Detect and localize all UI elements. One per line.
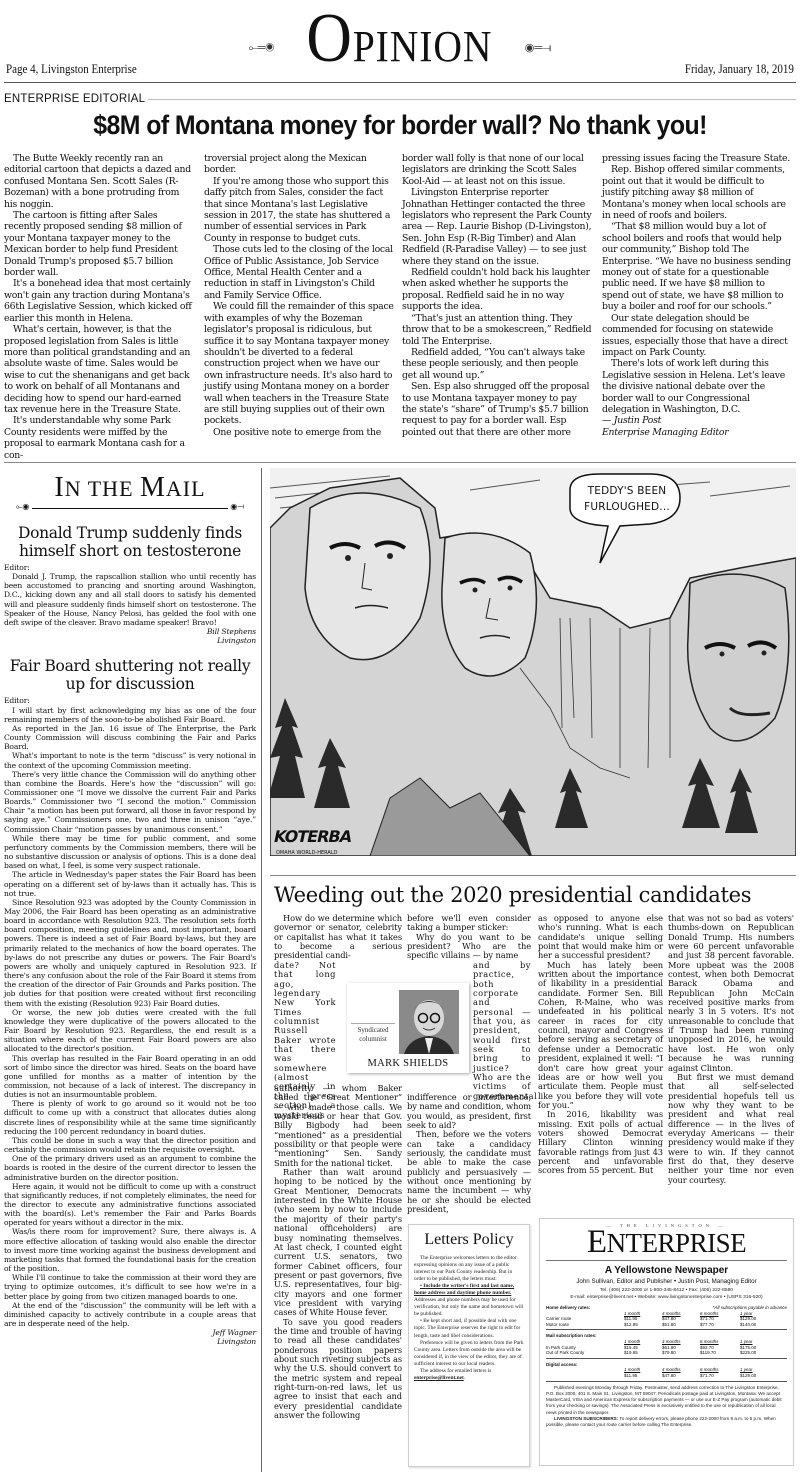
letter-body: Editor: I will start by first acknowledg…: [4, 696, 256, 1346]
newspaper-logo: ENTERPRISE: [546, 1228, 787, 1257]
editorial-column-3: border wall folly is that none of our lo…: [402, 153, 592, 438]
columnist-photo: [399, 990, 459, 1054]
rate-row: Out of Park County$19.95$79.80$119.70$22…: [546, 1350, 787, 1356]
ornament-right-icon: ◉═⟞: [525, 41, 552, 55]
ornament-left-icon: ⟜◉: [16, 502, 29, 512]
rate-block-mail: Mail subscription rates: 1 month4 months…: [546, 1333, 787, 1358]
divider: [546, 1260, 787, 1261]
speech-bubble-text: TEDDY'S BEEN: [587, 485, 667, 497]
subscription-rates: Home delivery rates:*All subscriptions p…: [546, 1305, 787, 1382]
divider: ⟜◉ ◉⟞: [8, 504, 252, 514]
column-text-3: as opposed to anyone else who's running.…: [538, 914, 663, 1176]
column-text-1-bottom: authority — whom Baker called the “Great…: [274, 1084, 402, 1420]
columnist-mug-box: Syndicated columnist MARK SHIELDS: [347, 983, 469, 1073]
email-link[interactable]: enterprise@livent.net: [414, 1375, 464, 1381]
letters-policy-body: The Enterprise welcomes letters to the e…: [414, 1255, 524, 1382]
letters-section: IN THE MAIL ⟜◉ ◉⟞ Donald Trump suddenly …: [4, 468, 262, 1472]
contact-info: Tel. (406) 222-2000 or 1-800-345-8412 • …: [546, 1287, 787, 1301]
editorial-column-1: The Butte Weekly recently ran an editori…: [4, 153, 194, 461]
rate-block-digital: Digital access: 1 month4 months6 months1…: [546, 1362, 787, 1382]
ornament-left-icon: ⟜═◉: [249, 42, 274, 55]
letter-headline: Fair Board shuttering not really up for …: [4, 657, 256, 693]
divider: [270, 875, 796, 876]
rate-block-home: Home delivery rates:*All subscriptions p…: [546, 1305, 787, 1330]
editorial-kicker: ENTERPRISE EDITORIAL: [4, 87, 796, 103]
editorial-column-2: troversial project along the Mexican bor…: [204, 153, 394, 438]
editorial-cartoon: TEDDY'S BEEN FURLOUGHED... KOTERBA OMAHA…: [270, 468, 796, 856]
mount-rushmore-cartoon-illustration: TEDDY'S BEEN FURLOUGHED...: [270, 468, 796, 856]
cartoonist-credit: OMAHA WORLD-HERALD: [276, 850, 337, 856]
publisher-info-box: — THE LIVINGSTON — ENTERPRISE A Yellowst…: [539, 1218, 794, 1466]
column-text-2-narrow: and by practice, both corporate and pers…: [473, 961, 531, 1101]
letters-section-title: IN THE MAIL: [4, 472, 256, 504]
rate-row: Motor route$12.95$51.80$77.70$140.00: [546, 1322, 787, 1328]
letter-town: Livingston: [4, 1337, 256, 1346]
divider: [4, 462, 796, 463]
letter-author: Jeff Wagner: [4, 1328, 256, 1337]
section-title: ⟜═◉ OPINION ◉═⟞: [4, 10, 796, 72]
editorial-signature: — Justin Post: [602, 415, 792, 426]
letters-policy-box: Letters Policy The Enterprise welcomes l…: [408, 1224, 530, 1467]
editorial-headline: $8M of Montana money for border wall? No…: [32, 110, 768, 141]
page-masthead: Page 4, Livingston Enterprise ⟜═◉ OPINIO…: [4, 0, 796, 83]
editorial-column-4: pressing issues facing the Treasure Stat…: [602, 153, 792, 438]
cartoonist-signature: KOTERBA: [272, 827, 353, 846]
editorial-body: The Butte Weekly recently ran an editori…: [4, 153, 796, 458]
page-date: Friday, January 18, 2019: [685, 62, 794, 77]
letter-headline: Donald Trump suddenly finds himself shor…: [4, 524, 256, 560]
publication-legal-notice: Published evenings Monday through Friday…: [546, 1385, 787, 1429]
letters-policy-title: Letters Policy: [414, 1231, 524, 1249]
rate-row: $11.95$47.80$71.70$129.00: [546, 1373, 787, 1379]
letter-body: Editor: Donald J. Trump, the rapscallion…: [4, 563, 256, 645]
column-text-1: How do we determine which governor or se…: [274, 914, 402, 961]
letter-town: Livingston: [4, 636, 256, 645]
editorial-signature-title: Enterprise Managing Editor: [602, 427, 792, 438]
columnist-name: MARK SHIELDS: [347, 1058, 469, 1069]
newspaper-tagline: A Yellowstone Newspaper: [546, 1265, 787, 1276]
letter-author: Bill Stephens: [4, 627, 256, 636]
speech-bubble-text: FURLOUGHED...: [584, 501, 670, 513]
ornament-right-icon: ◉⟞: [230, 502, 244, 512]
column-headline: Weeding out the 2020 presidential candid…: [274, 883, 796, 907]
divider: [90, 99, 796, 100]
staff-line: John Sullivan, Editor and Publisher • Ju…: [546, 1278, 787, 1285]
column-text-4: that was not so bad as voters' thumbs-do…: [668, 914, 794, 1185]
columnist-label: Syndicated columnist: [351, 1023, 395, 1044]
column-text-2: before we'll even consider taking a bump…: [407, 914, 531, 961]
column-text-2-bottom: indifference or interference, by name an…: [407, 1093, 531, 1214]
